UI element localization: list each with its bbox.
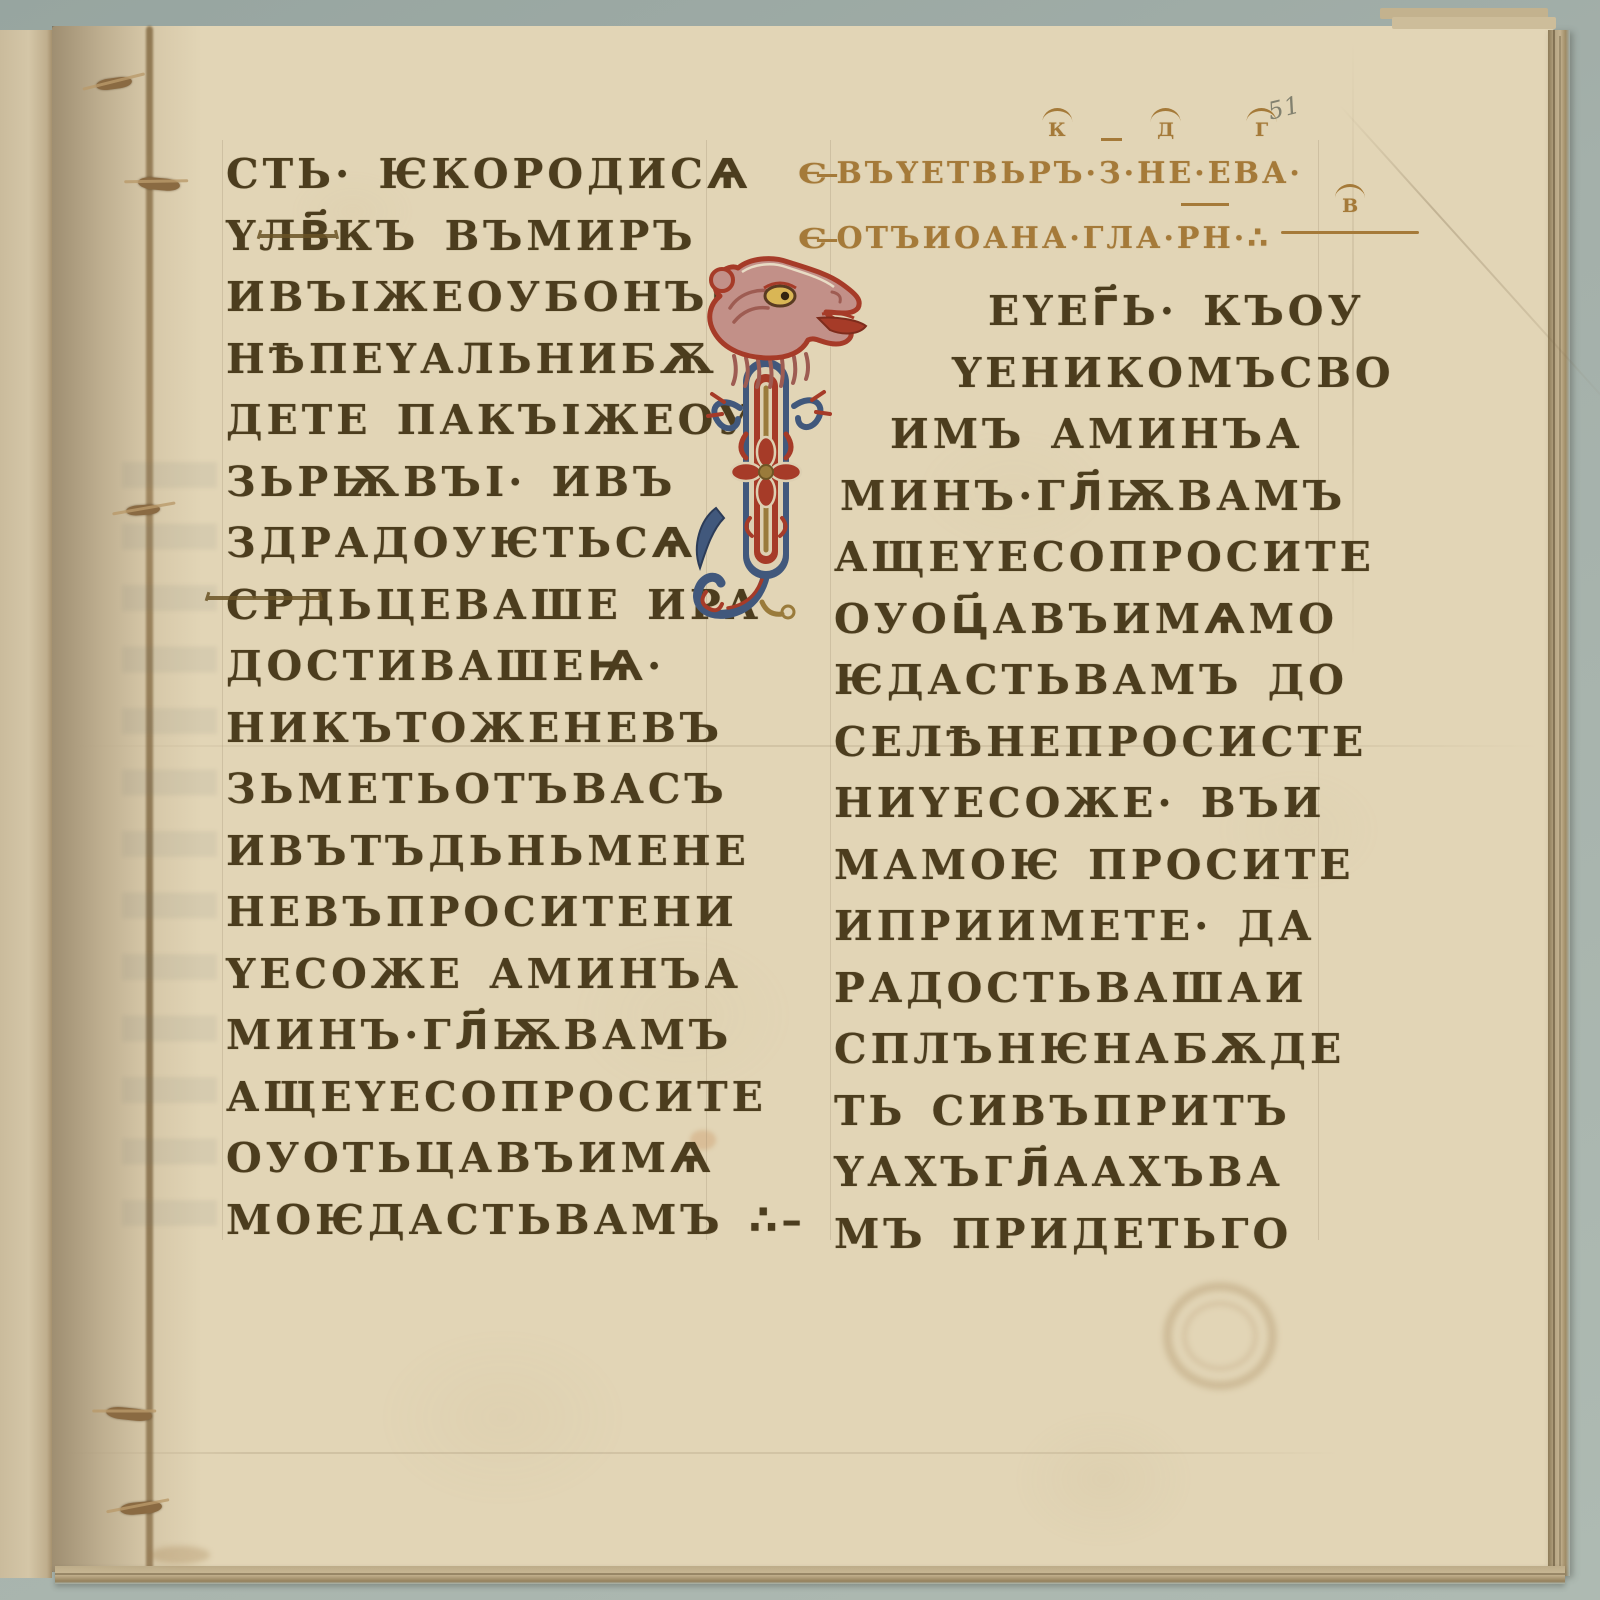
text-line: МАМОѤ ПРОСИТЕ xyxy=(834,835,1395,897)
beast-head-initial-art xyxy=(676,256,868,648)
rubric-text-segment: · xyxy=(1124,142,1137,206)
parchment-stain xyxy=(150,1546,210,1564)
text-line: ҮЕНИКОМЪСВО xyxy=(834,343,1395,405)
superscript-letter: Д xyxy=(1157,121,1174,140)
text-line: МЪ ПРИДЕТЬГО xyxy=(834,1204,1395,1266)
manuscript-photo: 51 ЄВЪҮЕТВЬРЪК·З·НЕД·ЕВАГ· ЄОТЪИОАНА·ГЛА… xyxy=(0,0,1600,1600)
text-line: ИВЪТЪДЬНЬМЕНЕ xyxy=(226,821,806,883)
verso-show-through xyxy=(122,462,217,1252)
text-line: СЕЛѢНЕПРОСИСТЕ xyxy=(834,712,1395,774)
rubric-text-segment: · xyxy=(1086,142,1099,206)
text-line: ИМЪ АМИНЪА xyxy=(834,404,1395,466)
text-line: ҮЕСОЖЕ АМИНЪА xyxy=(226,944,806,1006)
superscript-letter: Г xyxy=(1255,121,1268,140)
lection-underline-mark xyxy=(258,234,338,238)
text-line: ТЬ СИВЪПРИТЪ xyxy=(834,1081,1395,1143)
bottom-edge-leaf-stack xyxy=(55,1566,1565,1584)
leaf-corner-edge xyxy=(1392,17,1556,29)
lection-underline-mark xyxy=(206,596,322,600)
lection-rubric-line-1: ЄВЪҮЕТВЬРЪК·З·НЕД·ЕВАГ· xyxy=(798,142,1303,206)
superscript-letter: В xyxy=(1342,197,1358,216)
text-line: РАДОСТЬВАШАИ xyxy=(834,958,1395,1020)
illuminated-initial-letter xyxy=(676,256,868,648)
text-line: ЕҮЕГ҃Ь· КЪОУ xyxy=(834,281,1395,343)
rubric-text-segment: РЪК xyxy=(1028,142,1085,206)
text-line: НЕВЪПРОСИТЕНИ xyxy=(226,882,806,944)
rubric-text-segment: З xyxy=(1099,142,1124,206)
text-line: ОУОЦ҃АВЪИМѦМО xyxy=(834,589,1395,651)
rubric-text-segment: ВАГ xyxy=(1234,142,1290,206)
text-line: ОУОТЬЦАВЪИМѦ xyxy=(226,1128,806,1190)
text-line: ҮАХЪГЛ҃ААХЪВА xyxy=(834,1142,1395,1204)
rubric-text-segment: РН xyxy=(1177,207,1234,271)
superscript-letter: К xyxy=(1048,121,1065,140)
lection-rubric-line-2: ЄОТЪИОАНА·ГЛА·РН·∴В xyxy=(798,207,1419,271)
right-text-column: ЕҮЕГ҃Ь· КЪОУҮЕНИКОМЪСВОИМЪ АМИНЪАМИНЪ·ГЛ… xyxy=(834,281,1395,1265)
rubric-trailing-dash: В xyxy=(1281,231,1419,234)
rubric-text-segment: НЕД xyxy=(1137,142,1194,206)
text-line: СПЛЪНѤНАБѪДЕ xyxy=(834,1019,1395,1081)
text-line: МИНЪ·ГЛ҃ѬВАМЪ xyxy=(834,466,1395,528)
text-line: АЩЕҮЕСОПРОСИТЕ xyxy=(226,1067,806,1129)
text-line: НИКЪТОЖЕНЕВЪ xyxy=(226,698,806,760)
rubric-text-segment: ·∴ xyxy=(1234,207,1271,271)
text-line: МОѤДАСТЬВАМЪ ∴– xyxy=(226,1190,806,1252)
text-line: ѤДАСТЬВАМЪ ДО xyxy=(834,650,1395,712)
rubric-text-segment: ОТЪИОАНА·ГЛА· xyxy=(836,207,1176,271)
text-line: ЗЬМЕТЬОТЪВАСЪ xyxy=(226,759,806,821)
fore-edge-leaf-stack xyxy=(1548,30,1570,1576)
text-line: НИҮЕСОЖЕ· ВЪИ xyxy=(834,773,1395,835)
rubric-text-segment: ВЪҮЕТВЬ xyxy=(836,142,1028,206)
text-line: МИНЪ·ГЛ҃ѬВАМЪ xyxy=(226,1005,806,1067)
rubric-text-segment: ·Е xyxy=(1194,142,1233,206)
text-line: СТЬ· ѤКОРОДИСѦ xyxy=(226,144,806,206)
text-line: ИПРИИМЕТЕ· ДА xyxy=(834,896,1395,958)
facing-page-edge xyxy=(0,30,52,1578)
parchment-blemish xyxy=(1163,1282,1277,1390)
text-line: АЩЕҮЕСОПРОСИТЕ xyxy=(834,527,1395,589)
rubric-text-segment: · xyxy=(1289,142,1302,206)
